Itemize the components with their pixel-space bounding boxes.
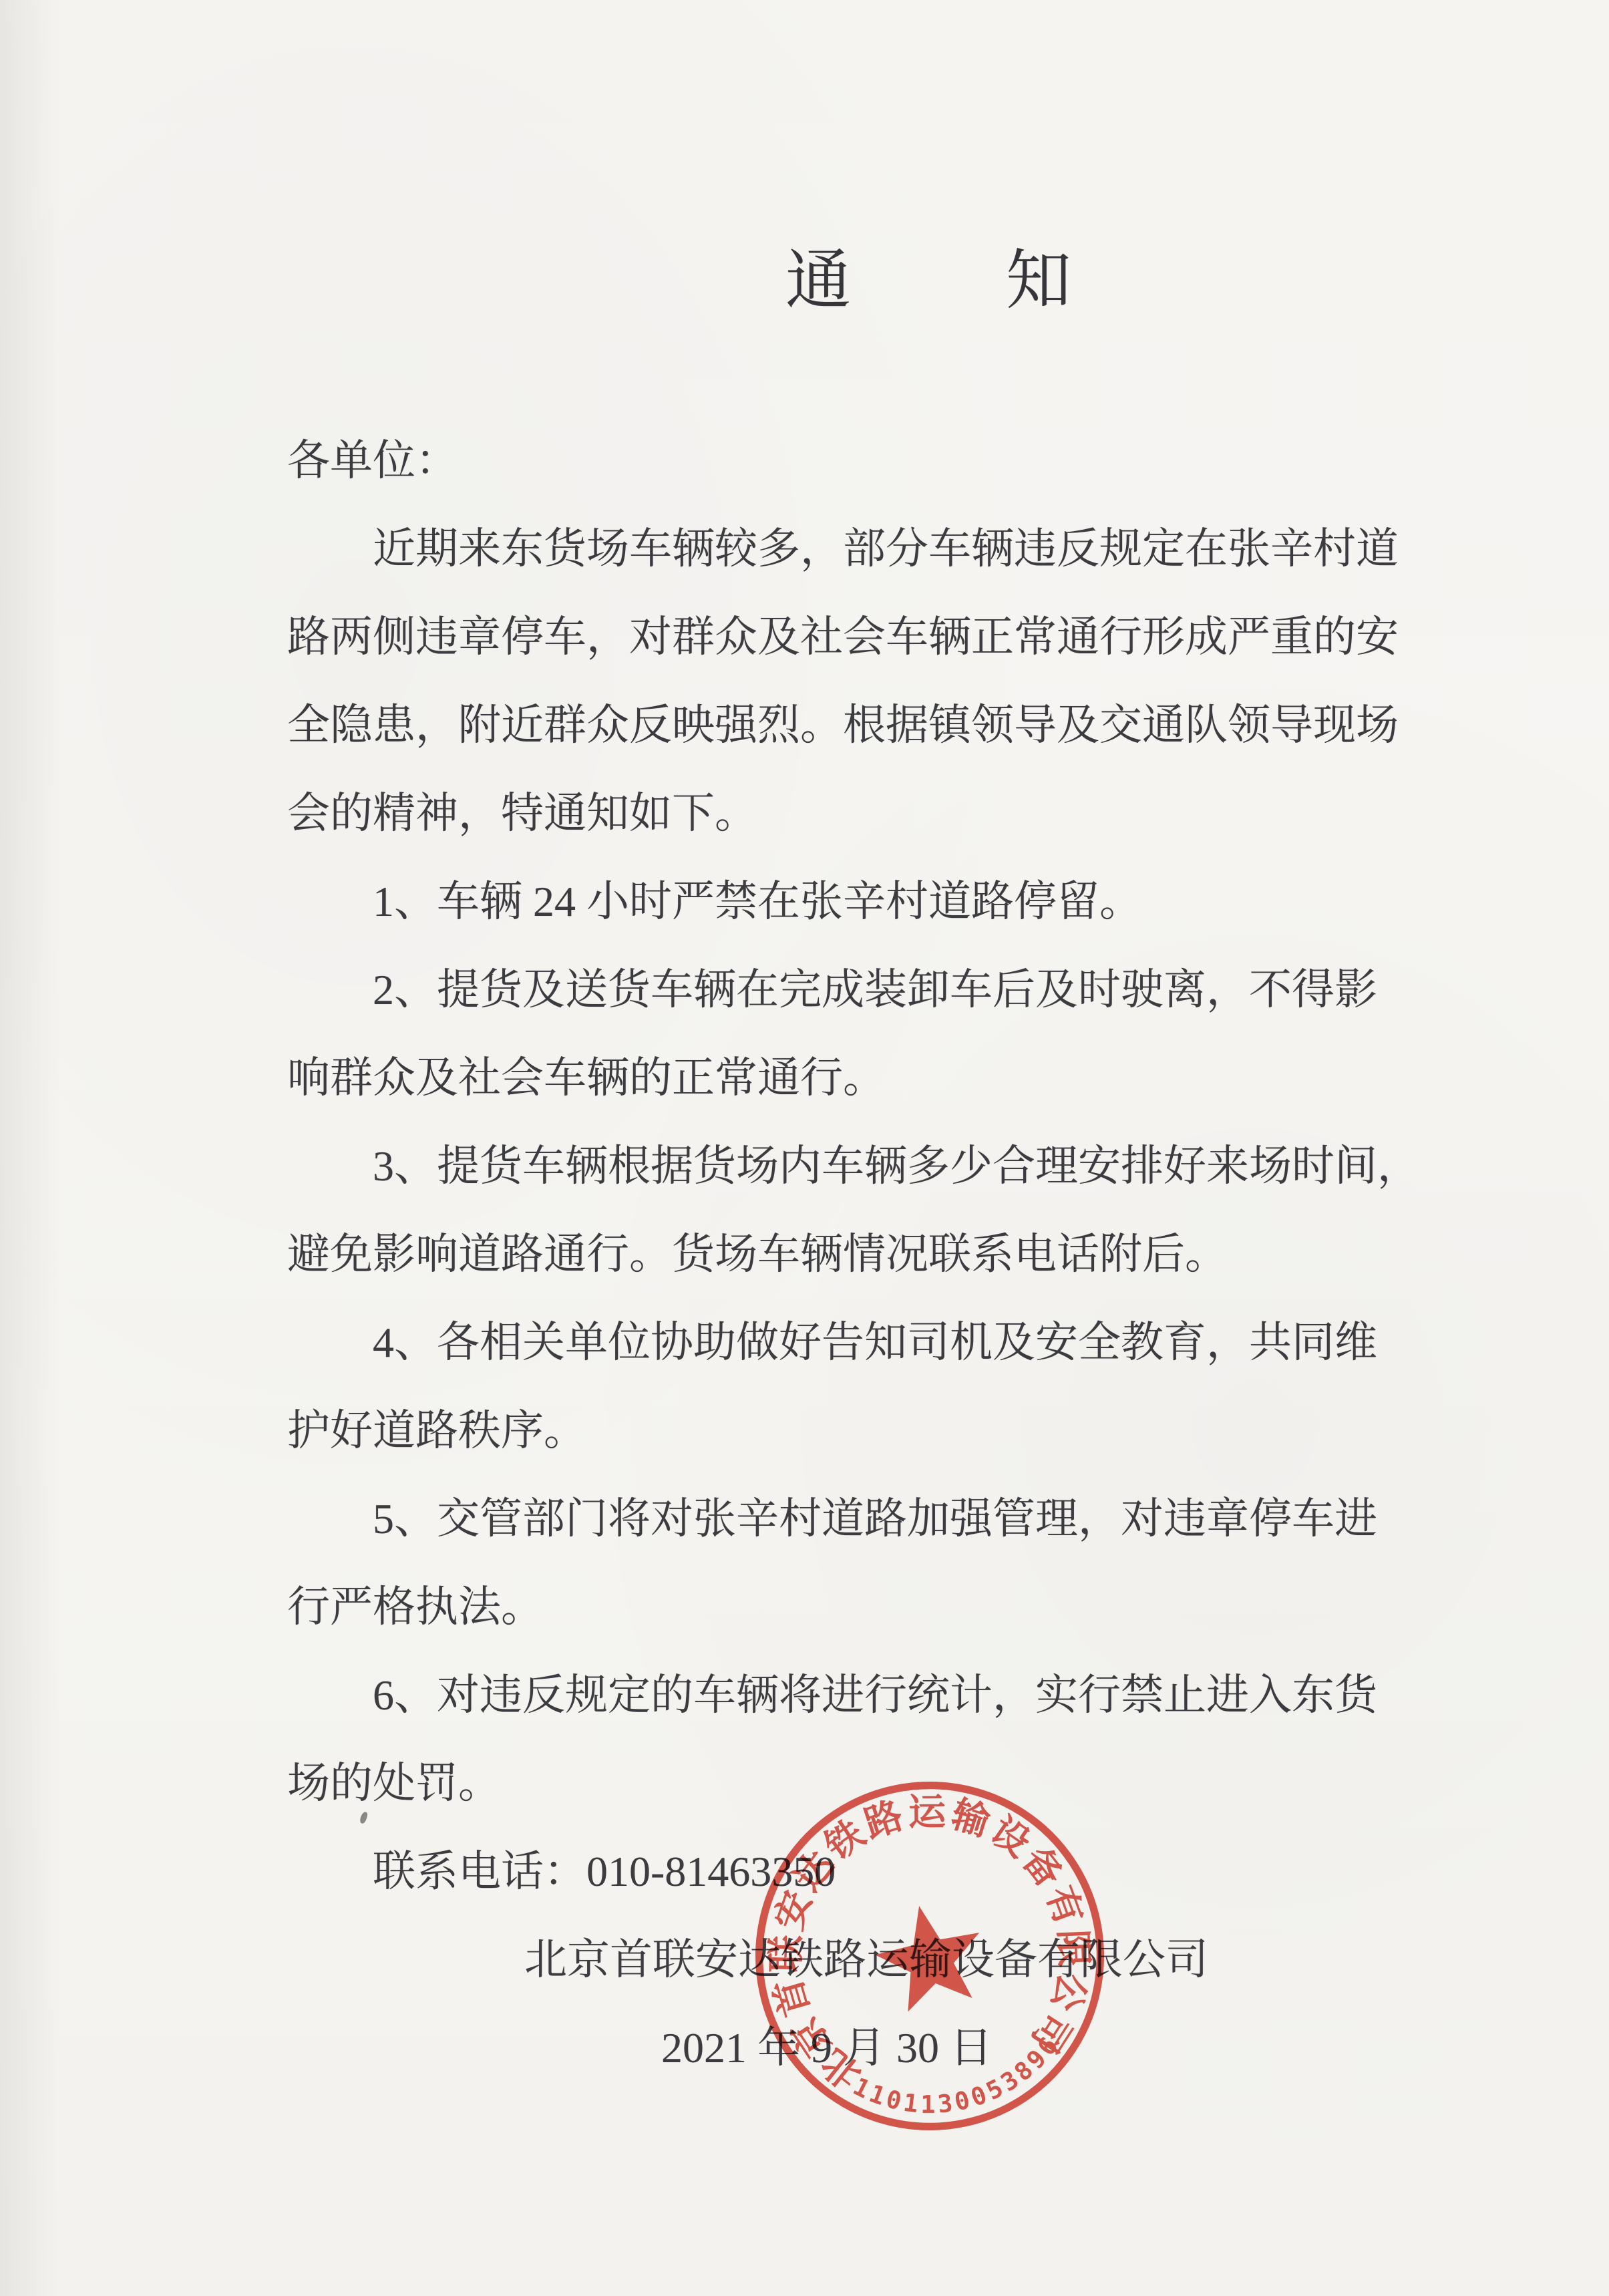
item-4-line-2: 护好道路秩序。 (287, 1387, 586, 1475)
intro-line-1: 近期来东货场车辆较多，部分车辆违反规定在张辛村道 (373, 505, 1399, 593)
company-seal-graphic: 北京首联安达铁路运输设备有限公司 1101130053896 (703, 1730, 1156, 2182)
notice-document: 通 知 各单位： 近期来东货场车辆较多，部分车辆违反规定在张辛村道 路两侧违章停… (0, 0, 1609, 2296)
item-2-line-2: 响群众及社会车辆的正常通行。 (287, 1034, 886, 1122)
item-3-line-2: 避免影响道路通行。货场车辆情况联系电话附后。 (287, 1210, 1228, 1299)
item-1-line: 1、车辆 24 小时严禁在张辛村道路停留。 (373, 858, 1142, 946)
item-6-line-2: 场的处罚。 (287, 1740, 501, 1828)
item-5-line-2: 行严格执法。 (287, 1563, 544, 1651)
item-2-line-1: 2、提货及送货车辆在完成装卸车后及时驶离，不得影 (373, 946, 1377, 1034)
item-4-line-1: 4、各相关单位协助做好告知司机及安全教育，共同维 (373, 1299, 1377, 1387)
title-char-2: 知 (1006, 240, 1071, 323)
title-char-1: 通 (785, 240, 851, 323)
item-3-line-1: 3、提货车辆根据货场内车辆多少合理安排好来场时间， (373, 1122, 1420, 1210)
item-6-line-1: 6、对违反规定的车辆将进行统计，实行禁止进入东货 (373, 1651, 1377, 1740)
notice-title: 通 知 (785, 240, 1071, 323)
seal-star-icon (867, 1895, 992, 2016)
item-5-line-1: 5、交管部门将对张辛村道路加强管理，对违章停车进 (373, 1475, 1377, 1563)
company-seal: 北京首联安达铁路运输设备有限公司 1101130053896 (703, 1730, 1156, 2182)
salutation-line: 各单位： (287, 417, 458, 505)
intro-line-2: 路两侧违章停车，对群众及社会车辆正常通行形成严重的安 (287, 593, 1399, 681)
intro-line-3: 全隐患，附近群众反映强烈。根据镇领导及交通队领导现场 (287, 681, 1399, 770)
intro-line-4: 会的精神，特通知如下。 (287, 770, 757, 858)
